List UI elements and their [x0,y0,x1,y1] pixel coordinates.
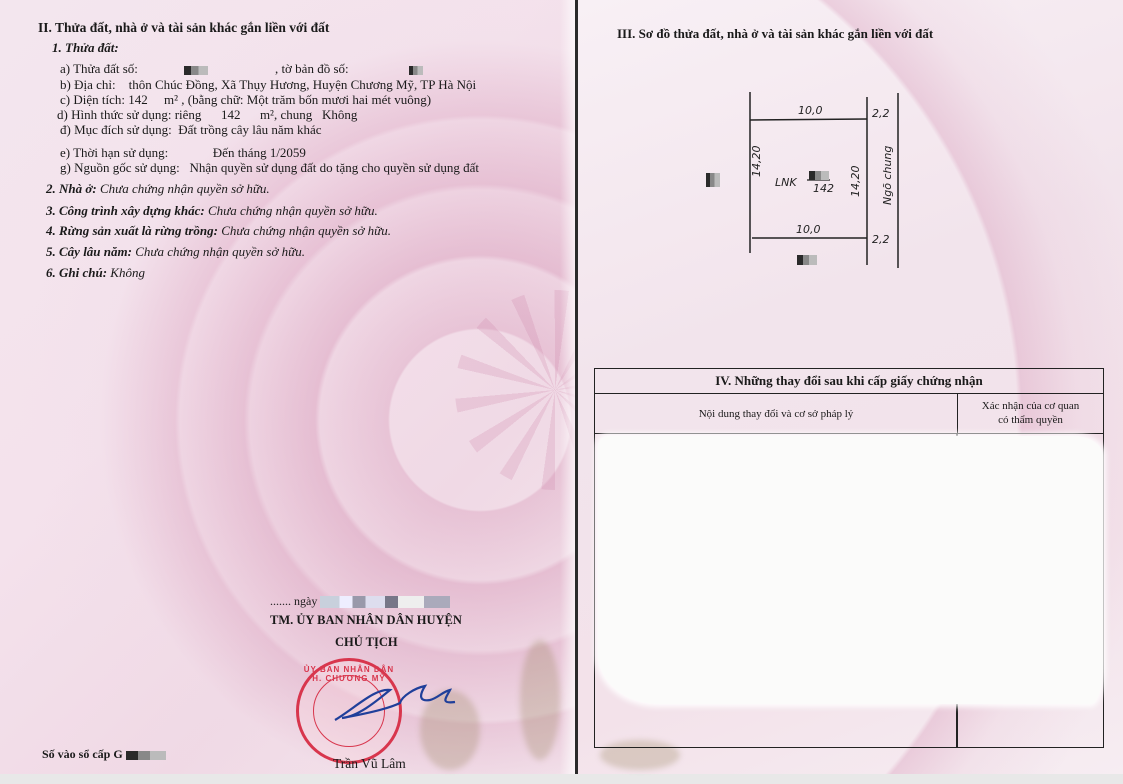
purpose-label: đ) Mục đích sử dụng: [60,122,172,137]
note-row: 6. Ghi chú: Không [46,265,145,281]
section-3-title: III. Sơ đồ thửa đất, nhà ở và tài sản kh… [617,26,933,42]
header-authority-confirmation: Xác nhận của cơ quan có thẩm quyền [957,394,1103,433]
redacted-map-sheet [409,66,423,75]
parcel-area-label: 142 [813,182,834,195]
forest-row: 4. Rừng sản xuất là rừng trồng: Chưa chứ… [46,223,391,239]
term-value: Đến tháng 1/2059 [213,145,306,160]
area-in-words: , (bằng chữ: Một trăm bốn mươi hai mét v… [181,92,431,107]
map-sheet-label: , tờ bản đồ số: [275,61,349,76]
bottom-width-label: 10,0 [796,223,821,236]
term-row: e) Thời hạn sử dụng: Đến tháng 1/2059 [60,145,306,161]
note-value: Không [110,265,145,280]
shared-value: Không [322,107,357,122]
redacted-parcel-id [809,171,829,180]
origin-value: Nhận quyền sử dụng đất do tặng cho quyền… [189,160,479,175]
issue-date-row: ....... ngày [270,593,450,609]
stain [520,640,560,760]
scan-bottom-edge [0,774,1123,784]
registry-label: Số vào sổ cấp G [42,747,123,761]
road-label: Ngõ chung [881,146,894,205]
whited-out-area [598,436,1103,704]
redacted-issue-date [320,596,450,608]
right-length-label: 14,20 [849,166,862,198]
changes-table-title: IV. Những thay đổi sau khi cấp giấy chứn… [595,369,1103,394]
issuing-authority: TM. ỦY BAN NHÂN DÂN HUYỆN [270,612,462,628]
perennial-tree-value: Chưa chứng nhận quyền sở hữu. [135,244,305,259]
top-offset-label: 2,2 [872,107,890,120]
left-length-label: 14,20 [750,146,763,178]
usage-form-label: d) Hình thức sử dụng: riêng [57,107,201,122]
signature [330,678,460,728]
page-spine [575,0,578,774]
signer-title: CHỦ TỊCH [335,634,398,650]
signer-name: Trần Vũ Lâm [333,756,406,772]
registry-number-row: Số vào sổ cấp G [42,746,166,762]
note-label: 6. Ghi chú: [46,265,107,280]
land-parcel-diagram: 10,0 2,2 14,20 14,20 LNK 142 Ngõ chung 1… [740,85,910,270]
redacted-parcel-number [184,66,208,75]
purpose-value: Đất trồng cây lâu năm khác [178,122,321,137]
address-row: b) Địa chỉ: thôn Chúc Đồng, Xã Thụy Hươn… [60,77,476,93]
redacted-neighbor-left [706,173,720,187]
header-change-content: Nội dung thay đổi và cơ sở pháp lý [595,394,957,433]
redacted-neighbor-bottom [797,255,817,265]
origin-row: g) Nguồn gốc sử dụng: Nhận quyền sử dụng… [60,160,479,176]
address-label: b) Địa chỉ: [60,77,116,92]
top-width-label: 10,0 [798,104,823,117]
house-label: 2. Nhà ở: [46,181,97,196]
forest-value: Chưa chứng nhận quyền sở hữu. [221,223,391,238]
shared-label: m², chung [260,107,312,122]
area-label: c) Diện tích: 142 [60,92,148,107]
private-area: 142 [221,107,241,122]
other-construction-value: Chưa chứng nhận quyền sở hữu. [208,203,378,218]
term-label: e) Thời hạn sử dụng: [60,145,168,160]
address-value: thôn Chúc Đồng, Xã Thụy Hương, Huyện Chư… [129,77,477,92]
changes-table-header: Nội dung thay đổi và cơ sở pháp lý Xác n… [595,394,1103,434]
usage-form-row: d) Hình thức sử dụng: riêng 142 m², chun… [57,107,357,123]
other-construction-row: 3. Công trình xây dựng khác: Chưa chứng … [46,203,378,219]
redacted-registry-number [126,751,166,760]
section-2-title: II. Thửa đất, nhà ở và tài sản khác gắn … [38,20,329,36]
drum-ornament [455,290,575,490]
other-construction-label: 3. Công trình xây dựng khác: [46,203,205,218]
origin-label: g) Nguồn gốc sử dụng: [60,160,180,175]
header-authority-line2: có thẩm quyền [958,413,1103,427]
issue-date-prefix: ....... ngày [270,594,317,608]
area-unit: m² [164,92,178,107]
parcel-number-label: a) Thửa đất số: [60,61,138,76]
area-row: c) Diện tích: 142 m² , (bằng chữ: Một tr… [60,92,431,108]
header-authority-line1: Xác nhận của cơ quan [958,399,1103,413]
parcel-number-row: a) Thửa đất số: , tờ bản đồ số: [60,61,423,77]
forest-label: 4. Rừng sản xuất là rừng trồng: [46,223,218,238]
perennial-tree-row: 5. Cây lâu năm: Chưa chứng nhận quyền sở… [46,244,305,260]
subsection-1-title: 1. Thửa đất: [52,40,119,56]
bottom-offset-label: 2,2 [872,233,890,246]
house-value: Chưa chứng nhận quyền sở hữu. [100,181,270,196]
purpose-row: đ) Mục đích sử dụng: Đất trồng cây lâu n… [60,122,322,138]
page-fold-shadow [560,0,575,774]
land-type-label: LNK [775,176,797,189]
perennial-tree-label: 5. Cây lâu năm: [46,244,132,259]
house-row: 2. Nhà ở: Chưa chứng nhận quyền sở hữu. [46,181,270,197]
